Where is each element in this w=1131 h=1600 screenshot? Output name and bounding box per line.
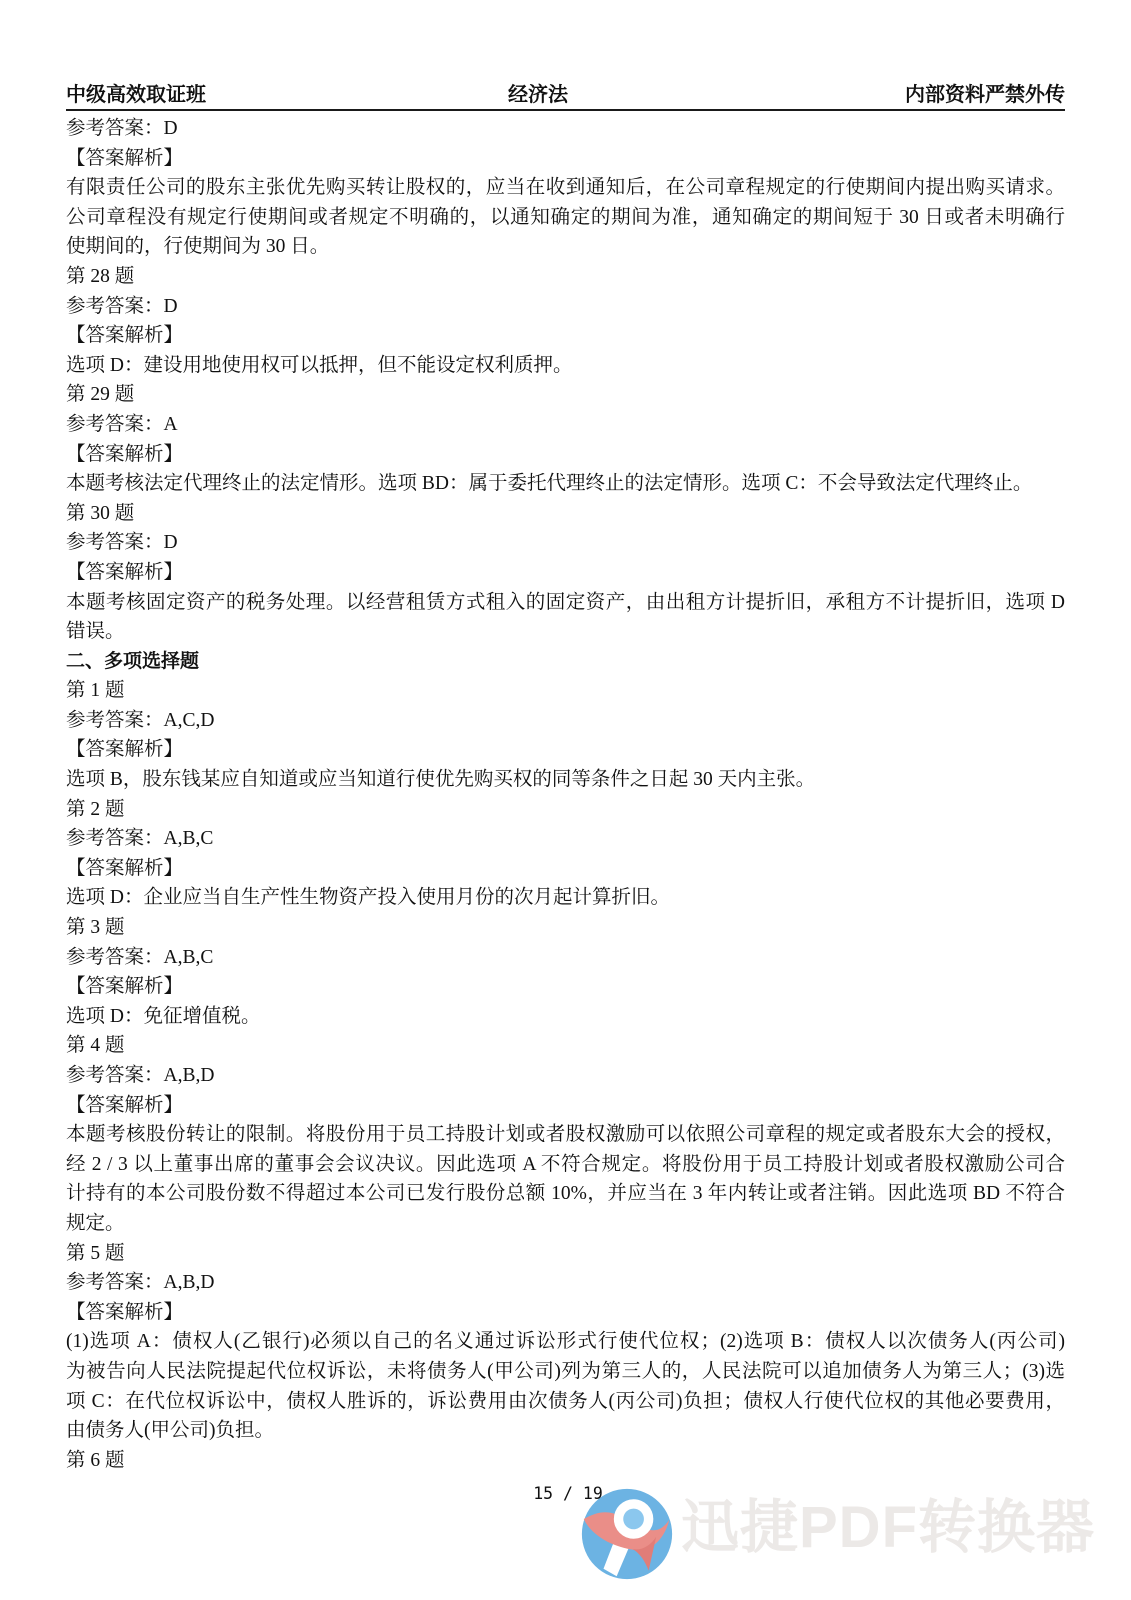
question-number: 第 3 题 — [66, 913, 1065, 943]
paragraph-line: (1)选项 A：债权人(乙银行)必须以自己的名义通过诉讼形式行使代位权；(2)选… — [66, 1327, 1065, 1357]
question-number: 第 29 题 — [66, 380, 1065, 410]
paragraph-line: 选项 D：企业应当自生产性生物资产投入使用月份的次月起计算折旧。 — [66, 883, 1065, 913]
paragraph-line: 本题考核股份转让的限制。将股份用于员工持股计划或者股权激励可以依照公司章程的规定… — [66, 1120, 1065, 1150]
section-heading: 二、多项选择题 — [66, 647, 1065, 677]
paragraph-line: 选项 B，股东钱某应自知道或应当知道行使优先购买权的同等条件之日起 30 天内主… — [66, 765, 1065, 795]
paragraph-line: 公司章程没有规定行使期间或者规定不明确的，以通知确定的期间为准，通知确定的期间短… — [66, 203, 1065, 233]
document-body: 参考答案：D【答案解析】有限责任公司的股东主张优先购买转让股权的，应当在收到通知… — [66, 114, 1065, 1475]
analysis-heading: 【答案解析】 — [66, 1298, 1065, 1328]
paragraph-line: 有限责任公司的股东主张优先购买转让股权的，应当在收到通知后，在公司章程规定的行使… — [66, 173, 1065, 203]
analysis-heading: 【答案解析】 — [66, 854, 1065, 884]
analysis-heading: 【答案解析】 — [66, 735, 1065, 765]
answer-line: 参考答案：A,B,D — [66, 1061, 1065, 1091]
header-rule — [66, 109, 1065, 111]
header-confidential-notice: 内部资料严禁外传 — [905, 84, 1065, 106]
analysis-heading: 【答案解析】 — [66, 440, 1065, 470]
paragraph-line: 为被告向人民法院提起代位权诉讼，未将债务人(甲公司)列为第三人的，人民法院可以追… — [66, 1357, 1065, 1387]
paragraph-line: 计持有的本公司股份数不得超过本公司已发行股份总额 10%，并应当在 3 年内转让… — [66, 1179, 1065, 1209]
analysis-heading: 【答案解析】 — [66, 558, 1065, 588]
document-page: 中级高效取证班 经济法 内部资料严禁外传 参考答案：D【答案解析】有限责任公司的… — [0, 0, 1131, 1600]
answer-line: 参考答案：D — [66, 114, 1065, 144]
paragraph-line: 经 2 / 3 以上董事出席的董事会会议决议。因此选项 A 不符合规定。将股份用… — [66, 1150, 1065, 1180]
answer-line: 参考答案：A,B,C — [66, 824, 1065, 854]
watermark-text: 迅捷PDF转换器 — [681, 1496, 1095, 1560]
answer-line: 参考答案：A,B,C — [66, 943, 1065, 973]
paragraph-line: 选项 D：建设用地使用权可以抵押，但不能设定权利质押。 — [66, 351, 1065, 381]
paragraph-line: 本题考核固定资产的税务处理。以经营租赁方式租入的固定资产，由出租方计提折旧，承租… — [66, 588, 1065, 618]
analysis-heading: 【答案解析】 — [66, 972, 1065, 1002]
answer-line: 参考答案：A,B,D — [66, 1268, 1065, 1298]
question-number: 第 1 题 — [66, 676, 1065, 706]
analysis-heading: 【答案解析】 — [66, 144, 1065, 174]
paragraph-line: 使期间的，行使期间为 30 日。 — [66, 232, 1065, 262]
page-number: 15 / 19 — [0, 1484, 1131, 1503]
paragraph-line: 由债务人(甲公司)负担。 — [66, 1416, 1065, 1446]
logo-p-ring-hole — [623, 1509, 644, 1530]
question-number: 第 2 题 — [66, 795, 1065, 825]
paragraph-line: 项 C：在代位权诉讼中，债权人胜诉的，诉讼费用由次债务人(丙公司)负担；债权人行… — [66, 1387, 1065, 1417]
paragraph-line: 错误。 — [66, 617, 1065, 647]
answer-line: 参考答案：D — [66, 528, 1065, 558]
answer-line: 参考答案：A — [66, 410, 1065, 440]
answer-line: 参考答案：A,C,D — [66, 706, 1065, 736]
analysis-heading: 【答案解析】 — [66, 1091, 1065, 1121]
analysis-heading: 【答案解析】 — [66, 321, 1065, 351]
question-number: 第 30 题 — [66, 499, 1065, 529]
question-number: 第 5 题 — [66, 1239, 1065, 1269]
paragraph-line: 规定。 — [66, 1209, 1065, 1239]
question-number: 第 6 题 — [66, 1446, 1065, 1476]
answer-line: 参考答案：D — [66, 292, 1065, 322]
question-number: 第 28 题 — [66, 262, 1065, 292]
question-number: 第 4 题 — [66, 1031, 1065, 1061]
paragraph-line: 选项 D：免征增值税。 — [66, 1002, 1065, 1032]
paragraph-line: 本题考核法定代理终止的法定情形。选项 BD：属于委托代理终止的法定情形。选项 C… — [66, 469, 1065, 499]
